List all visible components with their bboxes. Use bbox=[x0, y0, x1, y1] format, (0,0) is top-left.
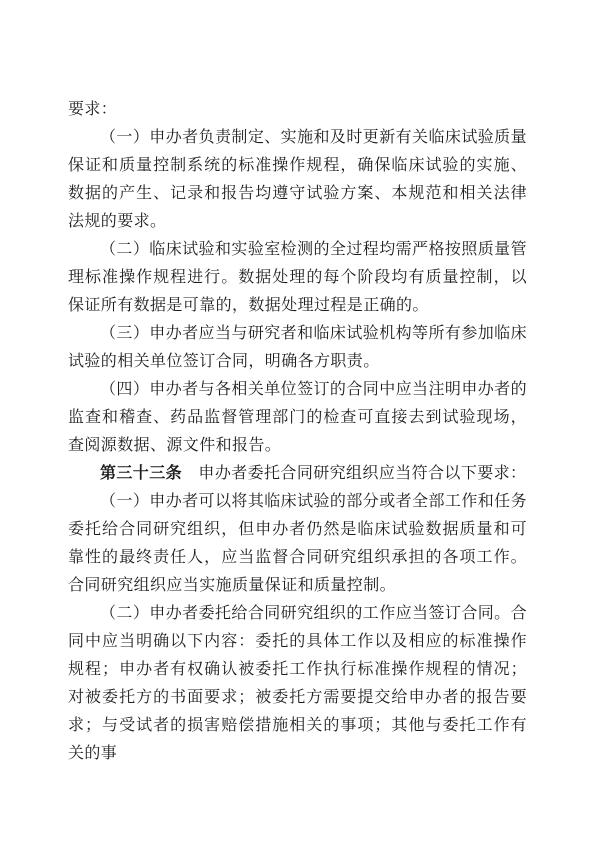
document-page: 要求：（一）申办者负责制定、实施和及时更新有关临床试验质量保证和质量控制系统的标… bbox=[0, 0, 595, 841]
paragraph: 要求： bbox=[68, 96, 527, 124]
article-number: 第三十三条 bbox=[100, 465, 182, 482]
paragraph: （三）申办者应当与研究者和临床试验机构等所有参加临床试验的相关单位签订合同，明确… bbox=[68, 320, 527, 376]
paragraph: （四）申办者与各相关单位签订的合同中应当注明申办者的监查和稽查、药品监督管理部门… bbox=[68, 376, 527, 460]
paragraph: （一）申办者负责制定、实施和及时更新有关临床试验质量保证和质量控制系统的标准操作… bbox=[68, 124, 527, 236]
paragraph: （二）申办者委托给合同研究组织的工作应当签订合同。合同中应当明确以下内容：委托的… bbox=[68, 600, 527, 768]
paragraph: （二）临床试验和实验室检测的全过程均需严格按照质量管理标准操作规程进行。数据处理… bbox=[68, 236, 527, 320]
document-body: 要求：（一）申办者负责制定、实施和及时更新有关临床试验质量保证和质量控制系统的标… bbox=[68, 96, 527, 768]
paragraph: 第三十三条 申办者委托合同研究组织应当符合以下要求： bbox=[68, 460, 527, 488]
paragraph: （一）申办者可以将其临床试验的部分或者全部工作和任务委托给合同研究组织，但申办者… bbox=[68, 488, 527, 600]
